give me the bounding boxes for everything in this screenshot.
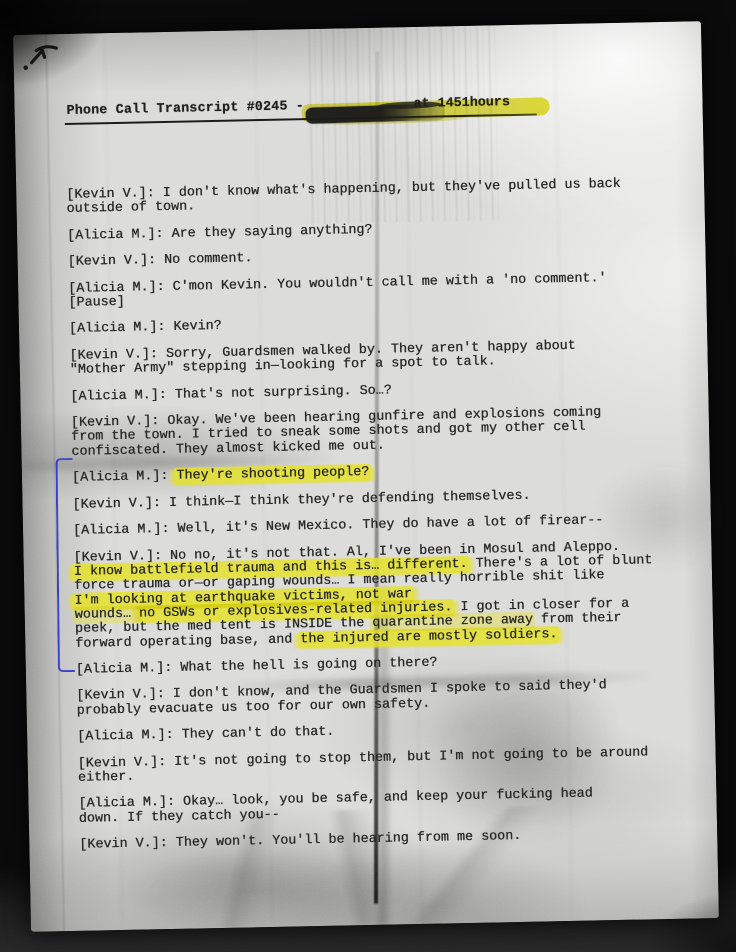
transcript-text: outside of town. bbox=[66, 200, 195, 218]
transcript-line: [Alicia M.]: Kevin? bbox=[69, 311, 683, 338]
highlighted-text: They're shooting people? bbox=[174, 464, 371, 485]
pen-scribble-mark bbox=[19, 36, 76, 73]
transcript-paragraph: [Alicia M.]: What the hell is going on t… bbox=[76, 652, 690, 679]
transcript-paragraph: [Alicia M.]: They're shooting people? bbox=[72, 460, 686, 487]
transcript-paragraph: [Kevin V.]: Sorry, Guardsmen walked by. … bbox=[69, 337, 683, 378]
transcript-text: either. bbox=[78, 770, 135, 786]
transcript-text: [Alicia M.]: Kevin? bbox=[69, 319, 222, 337]
transcript-paragraph: [Alicia M.]: Kevin? bbox=[69, 311, 683, 338]
transcript-paragraph: [Kevin V.]: It's not going to stop them,… bbox=[78, 745, 692, 786]
transcript-line: [Alicia M.]: They can't do that. bbox=[77, 719, 691, 746]
transcript-paragraph: [Alicia M.]: Okay… look, you be safe, an… bbox=[78, 786, 692, 827]
transcript-paragraph: [Alicia M.]: That's not surprising. So…? bbox=[70, 378, 684, 405]
transcript-paragraph: [Alicia M.]: They can't do that. bbox=[77, 719, 691, 746]
transcript-text: forward operating base, and bbox=[75, 632, 300, 652]
document-title: Phone Call Transcript #0245 - bbox=[66, 99, 304, 119]
transcript-line: [Kevin V.]: No comment. bbox=[68, 244, 682, 271]
transcript-text: [Alicia M.]: Are they saying anything? bbox=[67, 223, 373, 244]
scanned-page: Phone Call Transcript #0245 - at 1451hou… bbox=[13, 21, 719, 932]
transcript-text: [Kevin V.]: They won't. You'll be hearin… bbox=[79, 829, 521, 853]
transcript-paragraph: [Alicia M.]: C'mon Kevin. You wouldn't c… bbox=[68, 270, 682, 311]
transcript-body: [Kevin V.]: I don't know what's happenin… bbox=[66, 177, 693, 866]
transcript-paragraph: [Kevin V.]: I don't know what's happenin… bbox=[66, 177, 680, 218]
transcript-text: [Alicia M.]: They can't do that. bbox=[77, 725, 334, 745]
transcript-text: [Kevin V.]: I think—I think they're defe… bbox=[72, 488, 530, 512]
transcript-paragraph: [Kevin V.]: I think—I think they're defe… bbox=[72, 486, 686, 513]
transcript-text: [Alicia M.]: What the hell is going on t… bbox=[76, 656, 438, 678]
transcript-paragraph: [Kevin V.]: No comment. bbox=[68, 244, 682, 271]
transcript-line: [Alicia M.]: Are they saying anything? bbox=[67, 217, 681, 244]
transcript-text: [Alicia M.]: bbox=[72, 469, 177, 486]
transcript-text: down. If they catch you-- bbox=[79, 808, 280, 827]
transcript-paragraph: [Kevin V.]: Okay. We've been hearing gun… bbox=[71, 405, 686, 460]
transcript-line: [Alicia M.]: What the hell is going on t… bbox=[76, 652, 690, 679]
highlighted-text: wounds… bbox=[73, 605, 142, 623]
transcript-line: [Kevin V.]: I think—I think they're defe… bbox=[72, 486, 686, 513]
transcript-text: [Kevin V.]: No comment. bbox=[67, 251, 252, 270]
photo-of-document: Phone Call Transcript #0245 - at 1451hou… bbox=[0, 0, 736, 952]
transcript-line: [Alicia M.]: That's not surprising. So…? bbox=[70, 378, 684, 405]
transcript-line: [Alicia M.]: They're shooting people? bbox=[72, 460, 686, 487]
margin-pen-bracket bbox=[56, 458, 75, 672]
transcript-paragraph: [Alicia M.]: Are they saying anything? bbox=[67, 217, 681, 244]
transcript-text: [Alicia M.]: That's not surprising. So…? bbox=[70, 383, 392, 404]
transcript-line: [Kevin V.]: They won't. You'll be hearin… bbox=[79, 827, 693, 854]
transcript-paragraph: [Kevin V.]: I don't know, and the Guards… bbox=[76, 678, 690, 719]
transcript-text: [Alicia M.]: Well, it's New Mexico. They… bbox=[73, 513, 604, 539]
transcript-paragraph: [Alicia M.]: Well, it's New Mexico. They… bbox=[73, 513, 687, 540]
transcript-text: [Pause] bbox=[68, 295, 125, 311]
transcript-line: [Alicia M.]: Well, it's New Mexico. They… bbox=[73, 513, 687, 540]
transcript-paragraph: [Kevin V.]: They won't. You'll be hearin… bbox=[79, 827, 693, 854]
transcript-paragraph: [Kevin V.]: No no, it's not that. Al, I'… bbox=[73, 539, 689, 652]
